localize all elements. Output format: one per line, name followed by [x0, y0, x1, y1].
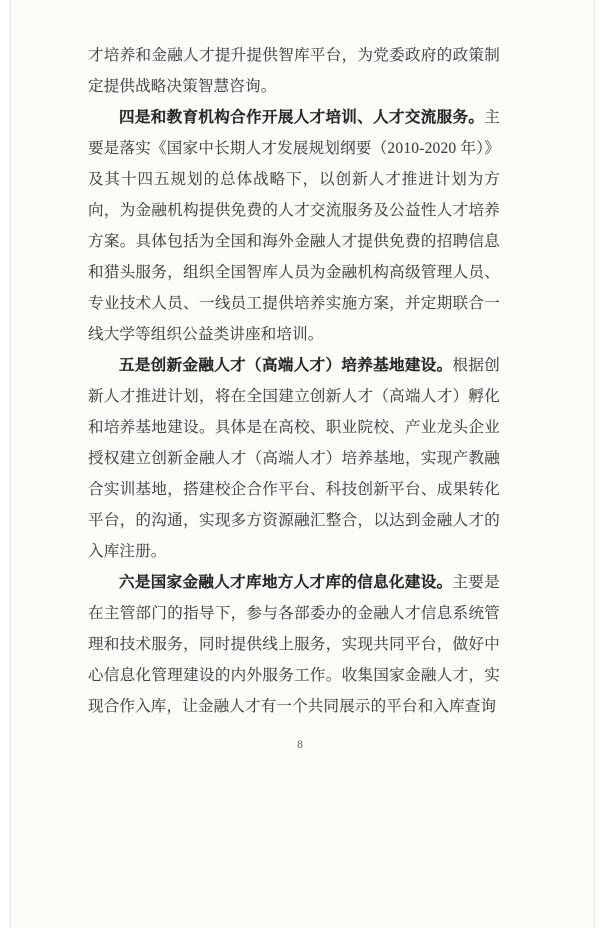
page-edge-left	[10, 0, 11, 928]
paragraph-section-five: 五是创新金融人才（高端人才）培养基地建设。根据创新人才推进计划，将在全国建立创新…	[88, 350, 500, 567]
section-four-heading: 四是和教育机构合作开展人才培训、人才交流服务。	[119, 109, 484, 126]
document-page: 才培养和金融人才提升提供智库平台，为党委政府的政策制定提供战略决策智慧咨询。 四…	[0, 0, 600, 928]
scan-margin-left	[0, 0, 10, 928]
section-six-heading: 六是国家金融人才库地方人才库的信息化建设。	[119, 574, 453, 591]
paragraph-text: 根据创新人才推进计划，将在全国建立创新人才（高端人才）孵化和培养基地建设。具体是…	[88, 357, 500, 560]
paragraph-continuation: 才培养和金融人才提升提供智库平台，为党委政府的政策制定提供战略决策智慧咨询。	[88, 40, 500, 102]
paragraph-text: 主要是在主管部门的指导下，参与各部委办的金融人才信息系统管理和技术服务，同时提供…	[88, 574, 500, 715]
scan-margin-right	[595, 0, 600, 928]
paragraph-text: 主要是落实《国家中长期人才发展规划纲要（2010-2020 年）》及其十四五规划…	[88, 109, 500, 343]
page-edge-right	[594, 0, 595, 928]
document-body: 才培养和金融人才提升提供智库平台，为党委政府的政策制定提供战略决策智慧咨询。 四…	[88, 40, 500, 722]
paragraph-text: 才培养和金融人才提升提供智库平台，为党委政府的政策制定提供战略决策智慧咨询。	[88, 47, 500, 95]
paragraph-section-four: 四是和教育机构合作开展人才培训、人才交流服务。主要是落实《国家中长期人才发展规划…	[88, 102, 500, 350]
section-five-heading: 五是创新金融人才（高端人才）培养基地建设。	[119, 357, 453, 374]
paragraph-section-six: 六是国家金融人才库地方人才库的信息化建设。主要是在主管部门的指导下，参与各部委办…	[88, 567, 500, 722]
page-number: 8	[0, 738, 600, 752]
